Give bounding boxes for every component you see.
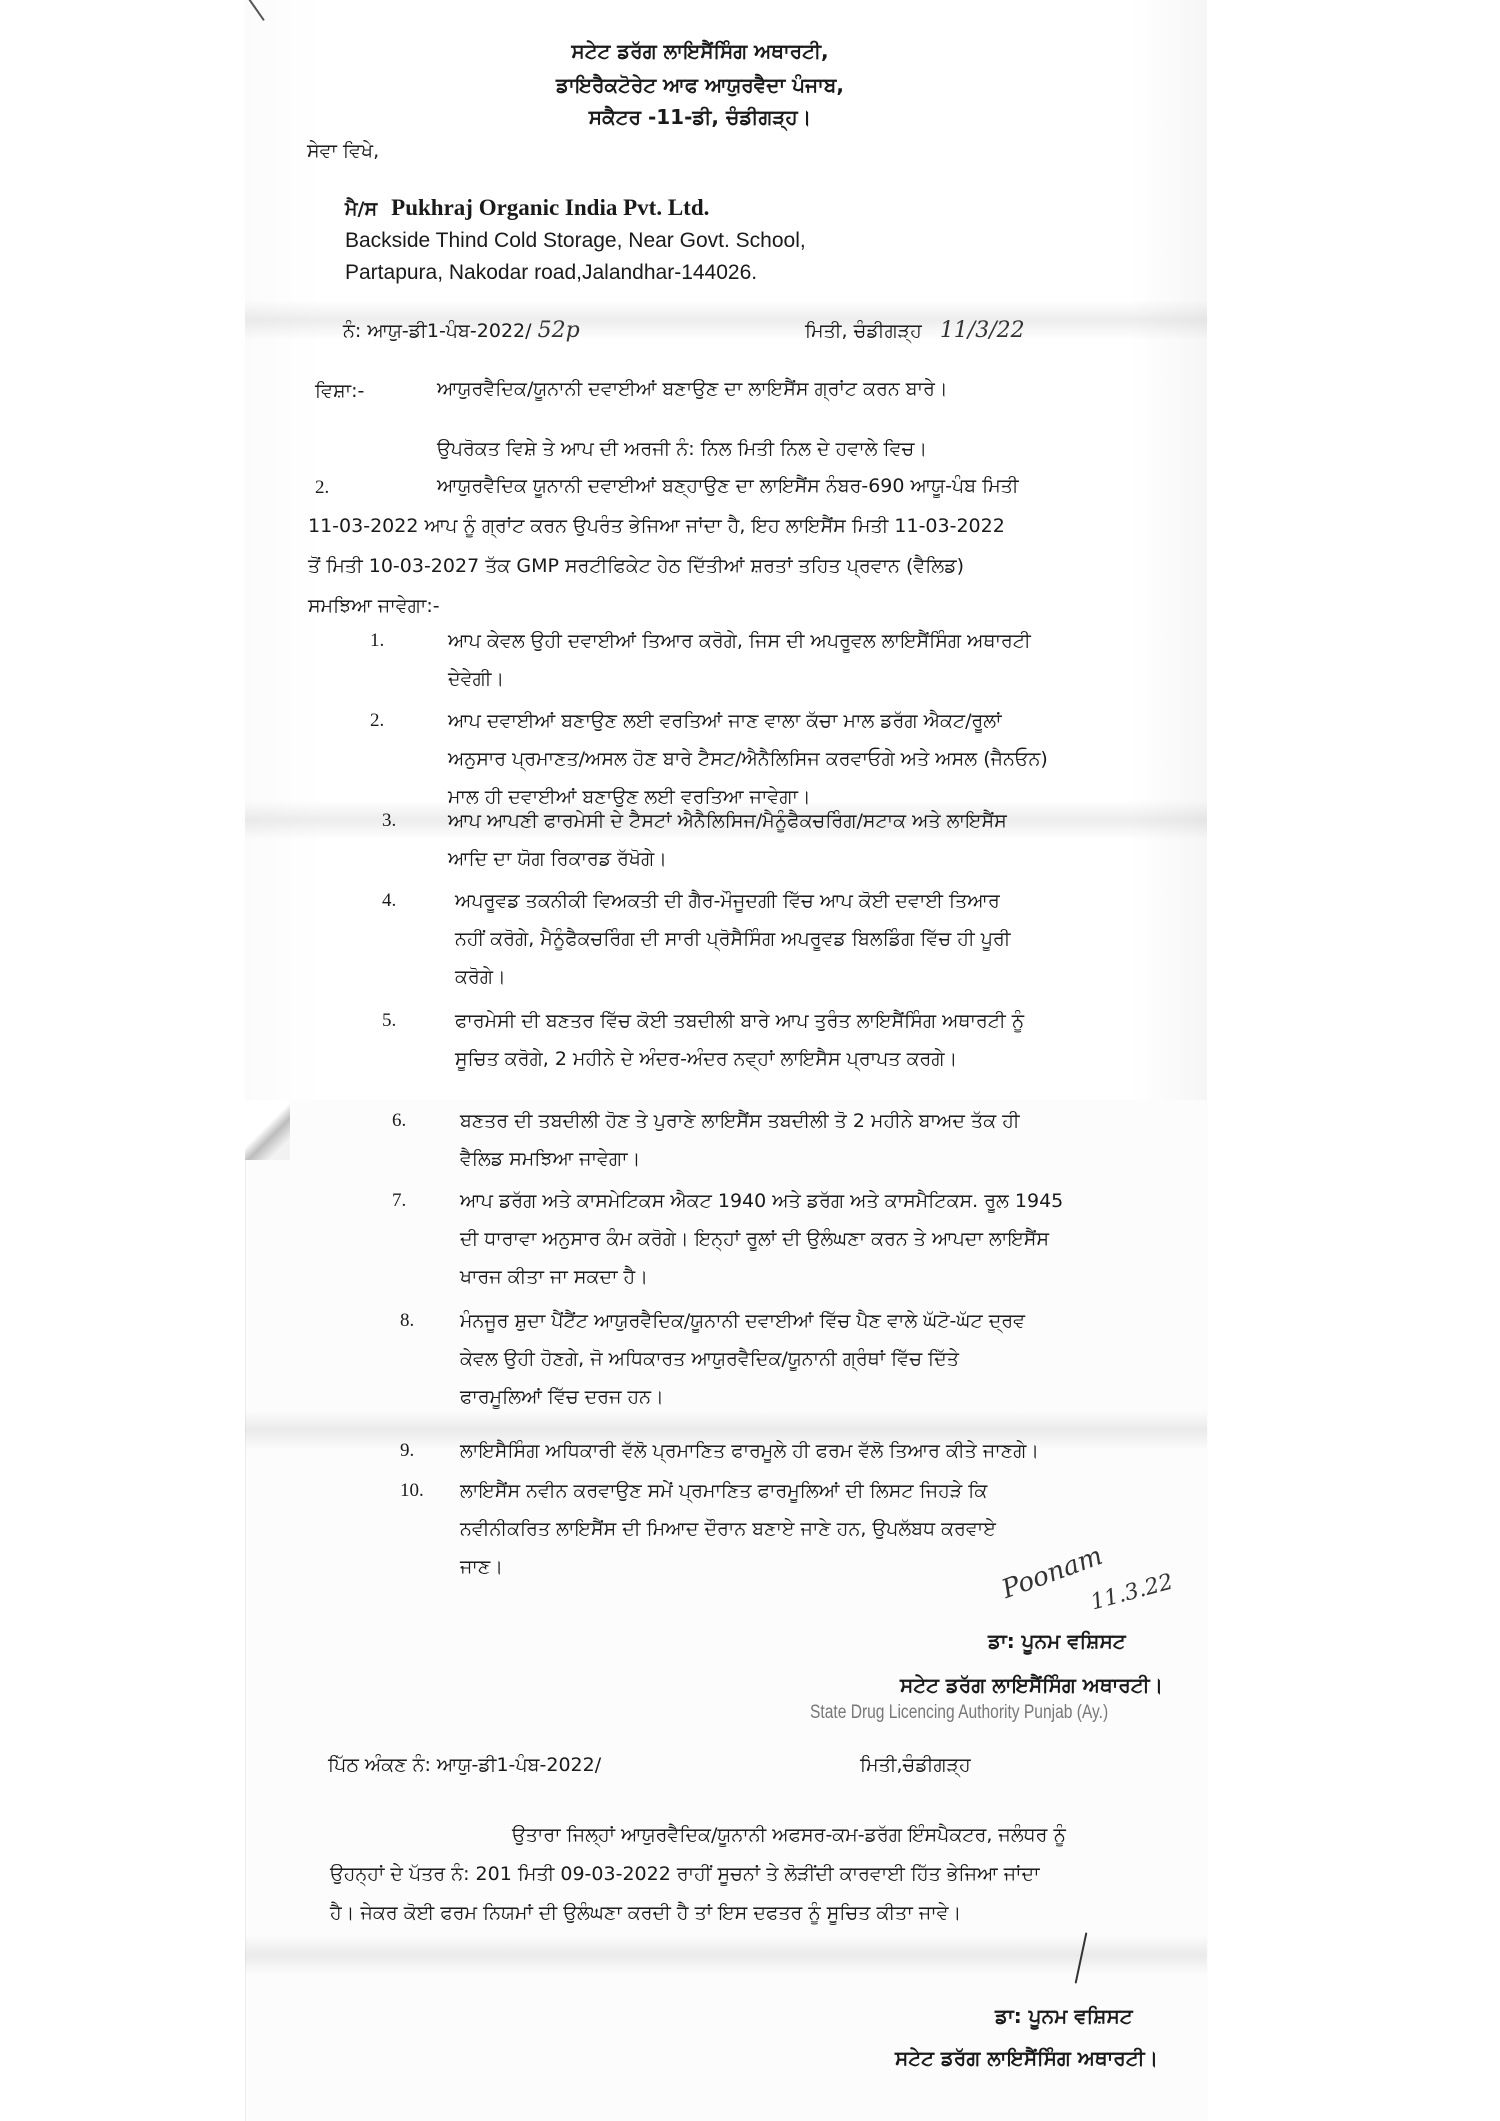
condition-line: ਅਪਰੂਵਡ ਤਕਨੀਕੀ ਵਿਅਕਤੀ ਦੀ ਗੈਰ-ਮੌਜੂਦਗੀ ਵਿੱਚ… [455, 880, 1000, 922]
condition-line: ਆਦਿ ਦਾ ਯੋਗ ਰਿਕਾਰਡ ਰੱਖੋਗੇ। [448, 838, 667, 880]
signatory-name-2: ਡਾ: ਪੂਨਮ ਵਸ਼ਿਸਟ [995, 2003, 1133, 2029]
condition-line: ਅਨੁਸਾਰ ਪ੍ਰਮਾਣਤ/ਅਸਲ ਹੋਣ ਬਾਰੇ ਟੈਸਟ/ਐਨੈਲਿਸਿ… [448, 738, 1048, 780]
company-name: Pukhraj Organic India Pvt. Ltd. [391, 195, 709, 220]
condition-line: ਲਾਇਸੈਸਿੰਗ ਅਧਿਕਾਰੀ ਵੱਲੋ ਪ੍ਰਮਾਣਿਤ ਫਾਰਮੂਲੇ … [460, 1430, 1039, 1472]
condition-line: ਮੰਨਜੂਰ ਸ਼ੁਦਾ ਪੈਂਟੈਂਟ ਆਯੁਰਵੈਦਿਕ/ਯੂਨਾਨੀ ਦਵ… [460, 1300, 1025, 1342]
condition-number: 8. [400, 1300, 414, 1342]
condition-line: ਦੀ ਧਾਰਾਵਾ ਅਨੁਸਾਰ ਕੰਮ ਕਰੋਗੇ। ਇਨ੍ਹਾਂ ਰੂਲਾਂ… [460, 1218, 1049, 1260]
condition-number: 4. [382, 880, 396, 922]
signatory-name: ਡਾ: ਪੂਨਮ ਵਸ਼ਿਸਟ [988, 1628, 1126, 1654]
salutation: ਸੇਵਾ ਵਿਖੇ, [307, 138, 379, 164]
official-stamp: State Drug Licencing Authority Punjab (A… [810, 1700, 1108, 1726]
endorsement-line-3: ਹੈ। ਜੇਕਰ ਕੋਈ ਫਰਮ ਨਿਯਮਾਂ ਦੀ ਉਲੰਘਣਾ ਕਰਦੀ ਹ… [330, 1900, 961, 1926]
condition-line: ਬਣਤਰ ਦੀ ਤਬਦੀਲੀ ਹੋਣ ਤੇ ਪੁਰਾਣੇ ਲਾਇਸੈਂਸ ਤਬਦ… [460, 1100, 1020, 1142]
condition-number: 10. [400, 1470, 424, 1512]
reference-date: ਮਿਤੀ, ਚੰਡੀਗੜ੍ਹ 11/3/22 [805, 318, 1025, 344]
address-line-1: Backside Thind Cold Storage, Near Govt. … [345, 228, 806, 254]
condition-line: ਆਪ ਡਰੱਗ ਅਤੇ ਕਾਸਮੇਟਿਕਸ ਐਕਟ 1940 ਅਤੇ ਡਰੱਗ … [460, 1180, 1063, 1222]
para-2-line-2: 11-03-2022 ਆਪ ਨੂੰ ਗ੍ਰਾਂਟ ਕਰਨ ਉਪਰੰਤ ਭੇਜਿਆ… [308, 513, 1005, 539]
condition-number: 5. [382, 1000, 396, 1042]
intro-paragraph: ਉਪਰੋਕਤ ਵਿਸ਼ੇ ਤੇ ਆਪ ਦੀ ਅਰਜੀ ਨੰ: ਨਿਲ ਮਿਤੀ … [437, 436, 927, 462]
condition-number: 7. [392, 1180, 406, 1222]
scan-shadow [245, 1935, 1207, 1975]
endorsement-line-1: ਉਤਾਰਾ ਜਿਲ੍ਹਾਂ ਆਯੁਰਵੈਦਿਕ/ਯੂਨਾਨੀ ਅਫਸਰ-ਕਮ-ਡ… [512, 1822, 1066, 1848]
signatory-designation: ਸਟੇਟ ਡਰੱਗ ਲਾਇਸੈਂਸਿੰਗ ਅਥਾਰਟੀ। [900, 1672, 1163, 1698]
condition-line: ਜਾਣ। [460, 1546, 503, 1588]
condition-line: ਨਹੀਂ ਕਰੋਗੇ, ਮੈਨੂੰਫੈਕਚਰਿੰਗ ਦੀ ਸਾਰੀ ਪ੍ਰੋਸੈ… [455, 918, 1010, 960]
condition-line: ਦੇਵੇਗੀ। [448, 658, 504, 700]
para-2-line-1: ਆਯੁਰਵੈਦਿਕ ਯੂਨਾਨੀ ਦਵਾਈਆਂ ਬਣ੍ਹਾਉਣ ਦਾ ਲਾਇਸੈ… [437, 473, 1019, 499]
condition-line: ਫਾਰਮੇਸੀ ਦੀ ਬਣਤਰ ਵਿੱਚ ਕੋਈ ਤਬਦੀਲੀ ਬਾਰੇ ਆਪ … [455, 1000, 1024, 1042]
reference-number-label: ਨੰ: ਆਯੁ-ਡੀ1-ਪੰਬ-2022/ [343, 320, 532, 342]
condition-number: 9. [400, 1430, 414, 1472]
reference-number-handwritten: 52p [538, 318, 580, 343]
folded-corner [245, 1100, 290, 1160]
condition-line: ਖਾਰਜ ਕੀਤਾ ਜਾ ਸਕਦਾ ਹੈ। [460, 1256, 648, 1298]
subject-text: ਆਯੁਰਵੈਦਿਕ/ਯੂਨਾਨੀ ਦਵਾਈਆਂ ਬਣਾਉਣ ਦਾ ਲਾਇਸੈਂਸ… [437, 376, 948, 402]
endorsement-line-2: ਉਹਨ੍ਹਾਂ ਦੇ ਪੱਤਰ ਨੰ: 201 ਮਿਤੀ 09-03-2022 … [330, 1861, 1040, 1887]
condition-line: ਕੇਵਲ ਉਹੀ ਹੋਣਗੇ, ਜੋ ਅਧਿਕਾਰਤ ਆਯੁਰਵੈਦਿਕ/ਯੂਨ… [460, 1338, 959, 1380]
reference-date-handwritten: 11/3/22 [940, 318, 1025, 343]
address-line-2: Partapura, Nakodar road,Jalandhar-144026… [345, 260, 757, 286]
letterhead-line-2: ਡਾਇਰੈਕਟੋਰੇਟ ਆਫ ਆਯੁਰਵੈਦਾ ਪੰਜਾਬ, [400, 72, 1000, 98]
endorsement-number: ਪਿੱਠ ਅੰਕਣ ਨੰ: ਆਯੁ-ਡੀ1-ਪੰਬ-2022/ [328, 1752, 601, 1778]
reference-number: ਨੰ: ਆਯੁ-ਡੀ1-ਪੰਬ-2022/ 52p [343, 318, 580, 344]
condition-number: 3. [382, 800, 396, 842]
signatory-designation-2: ਸਟੇਟ ਡਰੱਗ ਲਾਇਸੈਂਸਿੰਗ ਅਥਾਰਟੀ। [895, 2045, 1158, 2071]
reference-date-label: ਮਿਤੀ, ਚੰਡੀਗੜ੍ਹ [805, 320, 922, 342]
para-2-line-3: ਤੋਂ ਮਿਤੀ 10-03-2027 ਤੱਕ GMP ਸਰਟੀਫਿਕੇਟ ਹੇ… [308, 553, 964, 579]
letterhead-line-3: ਸਕੈਟਰ -11-ਡੀ, ਚੰਡੀਗੜ੍ਹ। [400, 104, 1000, 130]
letterhead-line-1: ਸਟੇਟ ਡਰੱਗ ਲਾਇਸੈਂਸਿੰਗ ਅਥਾਰਟੀ, [400, 38, 1000, 64]
condition-line: ਵੈਲਿਡ ਸਮਝਿਆ ਜਾਵੇਗਾ। [460, 1138, 640, 1180]
condition-line: ਲਾਇਸੈਂਸ ਨਵੀਨ ਕਰਵਾਉਣ ਸਮੇਂ ਪ੍ਰਮਾਣਿਤ ਫਾਰਮੂਲ… [460, 1470, 987, 1512]
subject-label: ਵਿਸ਼ਾ:- [315, 378, 364, 404]
condition-number: 2. [370, 700, 384, 742]
para-2-number: 2. [315, 475, 329, 501]
condition-number: 6. [392, 1100, 406, 1142]
condition-line: ਆਪ ਕੇਵਲ ਉਹੀ ਦਵਾਈਆਂ ਤਿਆਰ ਕਰੋਗੇ, ਜਿਸ ਦੀ ਅਪ… [448, 620, 1031, 662]
condition-line: ਫਾਰਮੂਲਿਆਂ ਵਿੱਚ ਦਰਜ ਹਨ। [460, 1376, 664, 1418]
condition-line: ਕਰੋਗੇ। [455, 956, 506, 998]
para-2-line-4: ਸਮਝਿਆ ਜਾਵੇਗਾ:- [308, 593, 440, 619]
addressee-block: ਮੈ/ਸ Pukhraj Organic India Pvt. Ltd. [345, 195, 709, 222]
condition-number: 1. [370, 620, 384, 662]
condition-line: ਆਪ ਆਪਣੀ ਫਾਰਮੇਸੀ ਦੇ ਟੈਸਟਾਂ ਐਨੈਲਿਸਿਜ/ਮੈਨੂੰ… [448, 800, 1007, 842]
condition-line: ਸੂਚਿਤ ਕਰੋਗੇ, 2 ਮਹੀਨੇ ਦੇ ਅੰਦਰ-ਅੰਦਰ ਨਵ੍ਹਾਂ… [455, 1038, 957, 1080]
addressee-prefix: ਮੈ/ਸ [345, 198, 377, 220]
endorsement-date: ਮਿਤੀ,ਚੰਡੀਗੜ੍ਹ [860, 1752, 971, 1778]
condition-line: ਨਵੀਨੀਕਰਿਤ ਲਾਇਸੈਂਸ ਦੀ ਮਿਆਦ ਦੌਰਾਨ ਬਣਾਏ ਜਾਣ… [460, 1508, 996, 1550]
condition-line: ਆਪ ਦਵਾਈਆਂ ਬਣਾਉਣ ਲਈ ਵਰਤਿਆਂ ਜਾਣ ਵਾਲਾ ਕੱਚਾ … [448, 700, 1001, 742]
